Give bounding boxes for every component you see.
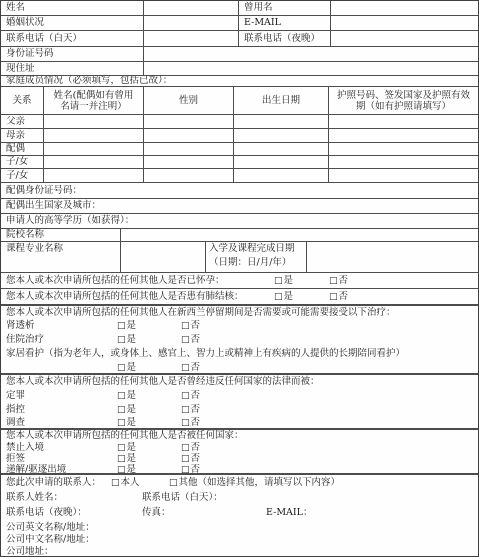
checkbox-icon: □	[181, 335, 190, 345]
checkbox-icon: □	[117, 363, 126, 373]
visa-refusal-label: 拒签	[6, 453, 117, 464]
treatment-intro: 您本人或本次申请所包括的任何其他人在新西兰停留期间是否需要或可能需要接受以下治疗…	[6, 306, 478, 319]
family-header-passport: 护照号码、签发国家及护照有效期（如有护照请填写）	[329, 87, 478, 114]
conviction-label: 定罪	[6, 389, 117, 403]
contact-phone-night-label: 联系电话（夜晚）：	[6, 506, 142, 520]
entry-ban-yes-checkbox[interactable]: □是	[117, 442, 181, 453]
checkbox-icon: □	[274, 276, 283, 286]
name-field[interactable]	[144, 1, 239, 15]
course-name-label: 课程专业名称	[1, 242, 121, 272]
family-row-spouse: 配偶	[1, 143, 478, 156]
hospital-yes-checkbox[interactable]: □是	[117, 333, 181, 347]
investigation-row: 调查□是□否	[6, 416, 478, 429]
checkbox-icon: □	[117, 391, 126, 401]
contact-question-row: 您此次申请的联系人：□本人□其他（如选择其他，请填写以下内容）	[6, 475, 478, 491]
family-passport-field[interactable]	[329, 169, 478, 182]
visa-application-form: 姓名 曾用名 婚姻状况 E-MAIL 联系电话（白天） 联系电话（夜晚） 身份证…	[0, 0, 479, 557]
company-address-row[interactable]: 公司地址：	[6, 546, 478, 556]
checkbox-icon: □	[329, 292, 338, 302]
id-number-label: 身份证号码	[1, 47, 144, 61]
id-number-field[interactable]	[144, 47, 478, 61]
family-name-field[interactable]	[44, 129, 144, 142]
email-field[interactable]	[331, 16, 478, 30]
contact-other-checkbox[interactable]: □其他（如选择其他，请填写以下内容）	[169, 476, 340, 490]
family-gender-field[interactable]	[144, 129, 234, 142]
conviction-yes-checkbox[interactable]: □是	[117, 389, 181, 403]
home-care-label: 家居看护（指为老年人，或身体上、感官上、智力上或精神上有疾病的人提供的长期陪同看…	[6, 347, 478, 361]
dialysis-row: 肾透析□是□否	[6, 319, 478, 333]
family-name-field[interactable]	[44, 156, 144, 168]
home-care-row: □是□否	[6, 361, 478, 374]
tb-no-checkbox[interactable]: □否	[329, 289, 348, 304]
entry-ban-row: 禁止入境□是□否	[6, 442, 478, 453]
family-passport-field[interactable]	[329, 129, 478, 142]
family-passport-field[interactable]	[329, 143, 478, 155]
charge-row: 指控□是□否	[6, 403, 478, 416]
contact-name-row[interactable]: 联系人姓名：联系电话（白天）：	[6, 491, 478, 506]
investigation-no-checkbox[interactable]: □否	[181, 416, 200, 429]
family-name-field[interactable]	[44, 115, 144, 128]
family-row-child1: 子/女	[1, 156, 478, 169]
dialysis-yes-checkbox[interactable]: □是	[117, 319, 181, 333]
family-gender-field[interactable]	[144, 143, 234, 155]
family-header-birth: 出生日期	[234, 87, 329, 114]
home-care-yes-checkbox[interactable]: □是	[117, 361, 181, 374]
family-header-gender: 性别	[144, 87, 234, 114]
deportation-yes-checkbox[interactable]: □是	[117, 464, 181, 474]
address-row: 现住址	[1, 62, 478, 76]
contact-self-checkbox[interactable]: □本人	[111, 476, 169, 490]
address-field[interactable]	[144, 62, 478, 75]
family-birth-field[interactable]	[234, 156, 329, 168]
hospital-care-label: 住院治疗	[6, 333, 117, 347]
company-cn-row[interactable]: 公司中文名称/地址：	[6, 534, 478, 546]
family-row-father: 父亲	[1, 115, 478, 129]
course-name-field[interactable]	[121, 242, 206, 272]
degree-row[interactable]: 申请人的高等学历（如获得）：	[1, 214, 478, 229]
checkbox-icon: □	[111, 478, 120, 488]
visa-refusal-no-checkbox[interactable]: □否	[181, 453, 200, 464]
checkbox-icon: □	[181, 454, 190, 464]
hospital-care-row: 住院治疗□是□否	[6, 333, 478, 347]
deportation-label: 递解/驱逐出境	[6, 464, 117, 474]
enrollment-date-label-line2: （日期：日/月/年）	[209, 256, 304, 270]
phone-night-field[interactable]	[331, 31, 478, 46]
checkbox-icon: □	[117, 321, 126, 331]
country-section: 您本人或本次申请所包括的任何其他人是否被任何国家： 禁止入境□是□否 拒签□是□…	[1, 429, 478, 474]
checkbox-icon: □	[181, 391, 190, 401]
checkbox-icon: □	[274, 292, 283, 302]
phone-row: 联系电话（白天） 联系电话（夜晚）	[1, 31, 478, 47]
law-intro: 您本人或本次申请所包括的任何其他人是否曾经违反任何国家的法律而被：	[6, 375, 478, 389]
relation-label: 子/女	[1, 169, 44, 182]
contact-section: 您此次申请的联系人：□本人□其他（如选择其他，请填写以下内容） 联系人姓名：联系…	[1, 474, 478, 556]
family-title-row: 家庭成员情况（必须填写，包括已故）：	[1, 76, 478, 87]
enrollment-date-field[interactable]	[307, 242, 478, 272]
address-label: 现住址	[1, 62, 144, 75]
charge-yes-checkbox[interactable]: □是	[117, 403, 181, 416]
family-row-mother: 母亲	[1, 129, 478, 143]
contact-fax-label: 传真：	[142, 506, 266, 520]
phone-day-field[interactable]	[144, 31, 239, 46]
marital-status-field[interactable]	[144, 16, 239, 30]
tb-yes-checkbox[interactable]: □是	[274, 289, 329, 304]
family-birth-field[interactable]	[234, 129, 329, 142]
family-gender-field[interactable]	[144, 156, 234, 168]
investigation-yes-checkbox[interactable]: □是	[117, 416, 181, 429]
enrollment-date-label: 入学及课程完成日期 （日期：日/月/年）	[206, 242, 307, 272]
name-row: 姓名 曾用名	[1, 1, 478, 16]
checkbox-icon: □	[117, 443, 126, 453]
tb-question: 您本人或本次申请所包括的任何其他人是否患有肺结核：	[6, 289, 274, 304]
entry-ban-label: 禁止入境	[6, 442, 117, 453]
deportation-row: 递解/驱逐出境□是□否	[6, 464, 478, 474]
checkbox-icon: □	[181, 405, 190, 415]
pregnancy-yes-checkbox[interactable]: □是	[274, 273, 329, 288]
pregnancy-question: 您本人或本次申请所包括的任何其他人是否已怀孕：	[6, 273, 274, 288]
charge-label: 指控	[6, 403, 117, 416]
checkbox-icon: □	[117, 465, 126, 474]
contact-question-label: 您此次申请的联系人：	[6, 476, 111, 490]
deportation-no-checkbox[interactable]: □否	[181, 464, 200, 474]
name-label: 姓名	[1, 1, 144, 15]
checkbox-icon: □	[181, 443, 190, 453]
checkbox-icon: □	[169, 478, 178, 488]
family-gender-field[interactable]	[144, 169, 234, 182]
family-birth-field[interactable]	[234, 143, 329, 155]
pregnancy-question-row: 您本人或本次申请所包括的任何其他人是否已怀孕：□是□否	[1, 273, 478, 289]
family-birth-field[interactable]	[234, 115, 329, 128]
relation-label: 子/女	[1, 156, 44, 168]
checkbox-icon: □	[181, 418, 190, 428]
spouse-id-row[interactable]: 配偶身份证号码：	[1, 183, 478, 199]
conviction-row: 定罪□是□否	[6, 389, 478, 403]
marital-row: 婚姻状况 E-MAIL	[1, 16, 478, 31]
contact-phone-row[interactable]: 联系电话（夜晚）：传真：E-MAIL：	[6, 506, 478, 521]
degree-label: 申请人的高等学历（如获得）：	[1, 214, 478, 228]
contact-email-label: E-MAIL：	[266, 506, 312, 520]
course-row: 课程专业名称 入学及课程完成日期 （日期：日/月/年）	[1, 242, 478, 273]
family-passport-field[interactable]	[329, 115, 478, 128]
treatment-section: 您本人或本次申请所包括的任何其他人在新西兰停留期间是否需要或可能需要接受以下治疗…	[1, 305, 478, 374]
law-section: 您本人或本次申请所包括的任何其他人是否曾经违反任何国家的法律而被： 定罪□是□否…	[1, 374, 478, 429]
family-section-title: 家庭成员情况（必须填写，包括已故）：	[1, 76, 478, 86]
family-row-child2: 子/女	[1, 169, 478, 183]
investigation-label: 调查	[6, 416, 117, 429]
home-care-no-checkbox[interactable]: □否	[181, 361, 200, 374]
former-name-field[interactable]	[331, 1, 478, 15]
id-row: 身份证号码	[1, 47, 478, 62]
checkbox-icon: □	[117, 454, 126, 464]
company-en-row[interactable]: 公司英文名称/地址：	[6, 521, 478, 534]
conviction-no-checkbox[interactable]: □否	[181, 389, 200, 403]
checkbox-icon: □	[181, 321, 190, 331]
contact-name-label: 联系人姓名：	[6, 491, 142, 505]
relation-label: 父亲	[1, 115, 44, 128]
tb-question-row: 您本人或本次申请所包括的任何其他人是否患有肺结核：□是□否	[1, 289, 478, 305]
relation-label: 母亲	[1, 129, 44, 142]
checkbox-icon: □	[117, 405, 126, 415]
contact-phone-day-label: 联系电话（白天）：	[142, 491, 223, 505]
visa-refusal-row: 拒签□是□否	[6, 453, 478, 464]
phone-night-label: 联系电话（夜晚）	[239, 31, 331, 46]
family-gender-field[interactable]	[144, 115, 234, 128]
email-label: E-MAIL	[239, 16, 331, 30]
phone-day-label: 联系电话（白天）	[1, 31, 144, 46]
spouse-birthplace-label: 配偶出生国家及城市：	[1, 199, 478, 213]
pregnancy-no-checkbox[interactable]: □否	[329, 273, 348, 288]
checkbox-icon: □	[181, 465, 190, 474]
visa-refusal-yes-checkbox[interactable]: □是	[117, 453, 181, 464]
country-intro: 您本人或本次申请所包括的任何其他人是否被任何国家：	[6, 430, 478, 442]
checkbox-icon: □	[329, 276, 338, 286]
family-header-name: 姓名(配偶如有曾用名请一并注明）	[44, 87, 144, 114]
spouse-birthplace-row[interactable]: 配偶出生国家及城市：	[1, 199, 478, 214]
spouse-id-label: 配偶身份证号码：	[1, 183, 478, 198]
school-name-field[interactable]	[121, 229, 478, 241]
family-birth-field[interactable]	[234, 169, 329, 182]
hospital-no-checkbox[interactable]: □否	[181, 333, 200, 347]
family-passport-field[interactable]	[329, 156, 478, 168]
school-name-label: 院校名称	[1, 229, 121, 241]
company-address-label: 公司地址：	[6, 546, 54, 556]
dialysis-no-checkbox[interactable]: □否	[181, 319, 200, 333]
family-name-field[interactable]	[44, 169, 144, 182]
former-name-label: 曾用名	[239, 1, 331, 15]
school-row: 院校名称	[1, 229, 478, 242]
entry-ban-no-checkbox[interactable]: □否	[181, 442, 200, 453]
relation-label: 配偶	[1, 143, 44, 155]
checkbox-icon: □	[181, 363, 190, 373]
dialysis-label: 肾透析	[6, 319, 117, 333]
charge-no-checkbox[interactable]: □否	[181, 403, 200, 416]
company-en-label: 公司英文名称/地址：	[6, 521, 95, 534]
company-cn-label: 公司中文名称/地址：	[6, 534, 95, 546]
checkbox-icon: □	[117, 418, 126, 428]
family-header-relation: 关系	[1, 87, 44, 114]
marital-status-label: 婚姻状况	[1, 16, 144, 30]
checkbox-icon: □	[117, 335, 126, 345]
family-name-field[interactable]	[44, 143, 144, 155]
enrollment-date-label-line1: 入学及课程完成日期	[209, 242, 304, 256]
family-header-row: 关系 姓名(配偶如有曾用名请一并注明） 性别 出生日期 护照号码、签发国家及护照…	[1, 87, 478, 115]
